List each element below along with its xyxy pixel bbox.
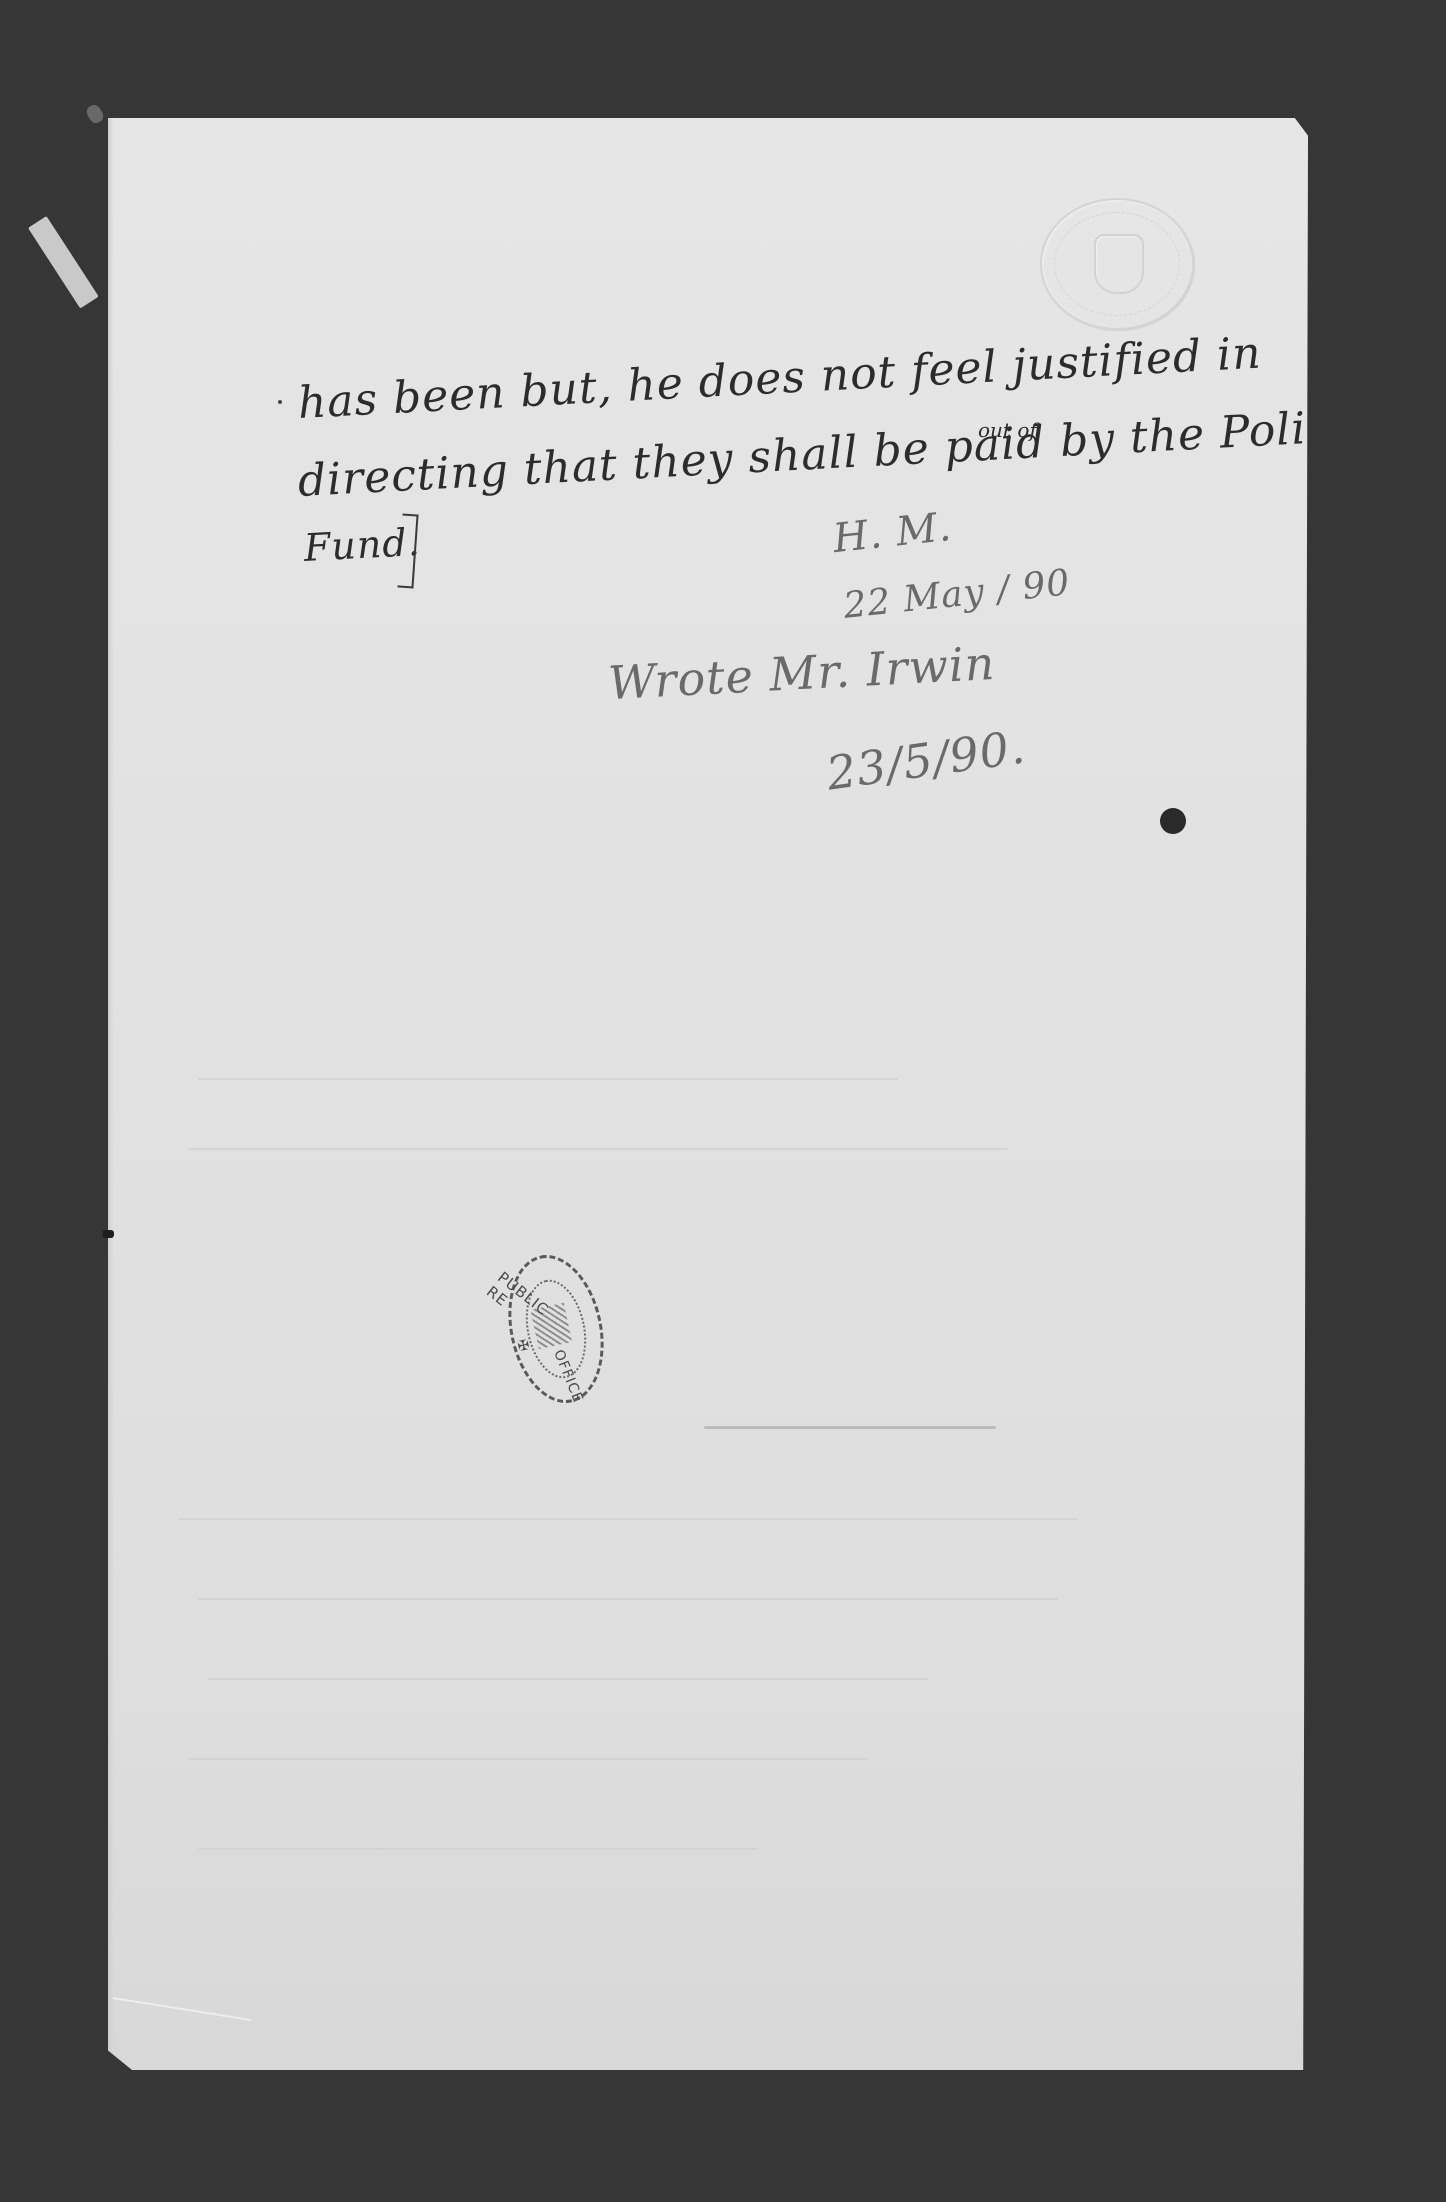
minute-initials: H. M.: [831, 504, 954, 562]
minute-date: 22 May / 90: [841, 562, 1072, 627]
bleed-through-line: [188, 1148, 1008, 1150]
paper-fold-crease: [113, 1997, 252, 2021]
bleed-through-line: [198, 1598, 1058, 1600]
action-date: 23/5/90.: [823, 719, 1029, 800]
action-note: Wrote Mr. Irwin: [607, 636, 997, 710]
bleed-through-line: [198, 1848, 758, 1850]
margin-dot: [278, 400, 282, 404]
coat-of-arms-icon: [1094, 234, 1144, 294]
edge-nick: [102, 1230, 114, 1238]
bleed-through-line: [178, 1518, 1078, 1520]
bleed-through-line: [188, 1758, 868, 1760]
bleed-through-strike-line: [704, 1426, 996, 1429]
public-record-office-stamp: PUBLIC RE OFFICE ✠: [495, 1246, 616, 1412]
punch-hole: [1160, 808, 1186, 834]
bleed-through-line: [198, 1078, 898, 1080]
document-page: has been but, he does not feel justified…: [108, 118, 1308, 2070]
embossed-seal-icon: [1040, 198, 1194, 330]
paper-tab-strip: [28, 216, 99, 308]
page-edge-shadow: [108, 118, 114, 2070]
background-speck: [84, 103, 105, 126]
bleed-through-line: [208, 1678, 928, 1680]
